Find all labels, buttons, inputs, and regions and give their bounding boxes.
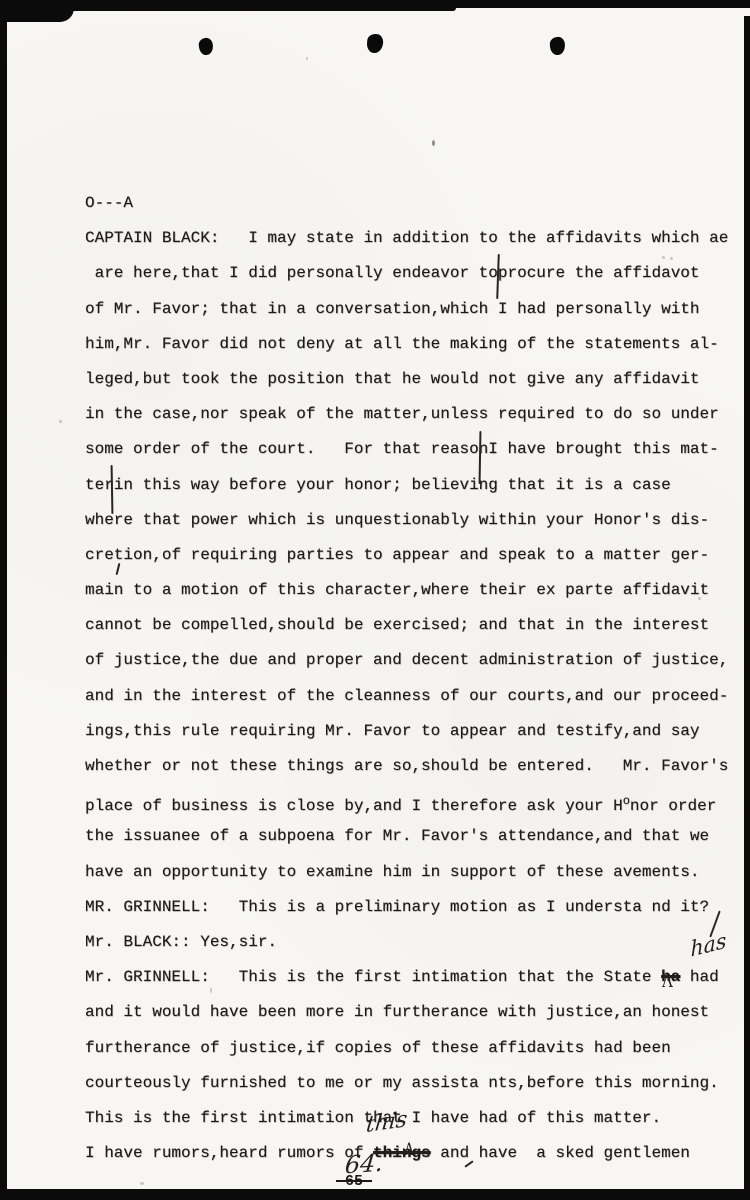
scan-speck [698,597,701,600]
transcript: O---ACAPTAIN BLACK: I may state in addit… [85,186,745,1171]
transcript-line: are here,that I did personally endeavor … [85,256,745,291]
transcript-line: whether or not these things are so,shoul… [85,749,745,784]
transcript-line: O---A [85,186,745,221]
transcript-line: Mr. GRINNELL: This is the first intimati… [85,960,745,995]
transcript-line: the issuanee of a subpoena for Mr. Favor… [85,819,745,854]
insertion-caret: Λ [662,970,673,992]
transcript-line: main to a motion of this character,where… [85,573,745,608]
scan-border-corner-blob [0,0,74,22]
transcript-line: of Mr. Favor; that in a conversation,whi… [85,292,745,327]
transcript-line: him,Mr. Favor did not deny at all the ma… [85,327,745,362]
scan-speck [210,988,212,993]
transcript-line: some order of the court. For that reason… [85,432,745,467]
insertion-caret: Λ [404,1140,414,1159]
scan-speck [59,420,62,423]
scan-speck [432,140,435,146]
transcript-line: Mr. BLACK:: Yes,sir. [85,925,745,960]
transcript-line: CAPTAIN BLACK: I may state in addition t… [85,221,745,256]
transcript-line: place of business is close by,and I ther… [85,784,745,819]
scan-speck [670,257,673,260]
transcript-line: have an opportunity to examine him in su… [85,855,745,890]
transcript-line: of justice,the due and proper and decent… [85,643,745,678]
typed-page-number-struck: -65- [336,1173,372,1190]
hole-punch [549,36,565,55]
scan-speck [505,1119,508,1122]
scan-speck [662,256,665,259]
transcript-line: I have rumors,heard rumors of things and… [85,1136,745,1171]
transcript-line: in the case,nor speak of the matter,unle… [85,397,745,432]
transcript-line: This is the first intimation that I have… [85,1101,745,1136]
transcript-line: terin this way before your honor; believ… [85,468,745,503]
transcript-line: MR. GRINNELL: This is a preliminary moti… [85,890,745,925]
transcript-line: ings,this rule requiring Mr. Favor to ap… [85,714,745,749]
hole-punch [198,37,214,56]
transcript-line: and it would have been more in furtheran… [85,995,745,1030]
transcript-line: cretion,of requiring parties to appear a… [85,538,745,573]
hole-punch [366,33,384,54]
transcript-line: and in the interest of the cleanness of … [85,679,745,714]
scanned-page: O---ACAPTAIN BLACK: I may state in addit… [0,0,750,1200]
transcript-line: leged,but took the position that he woul… [85,362,745,397]
scan-border-bottom [0,1189,750,1200]
transcript-line: furtherance of justice,if copies of thes… [85,1031,745,1066]
transcript-line: where that power which is unquestionably… [85,503,745,538]
scan-speck [140,1182,144,1185]
scan-speck [306,57,308,60]
transcript-line: courteously furnished to me or my assist… [85,1066,745,1101]
scan-border-left [0,0,7,1200]
transcript-line: cannot be compelled,should be exercised;… [85,608,745,643]
